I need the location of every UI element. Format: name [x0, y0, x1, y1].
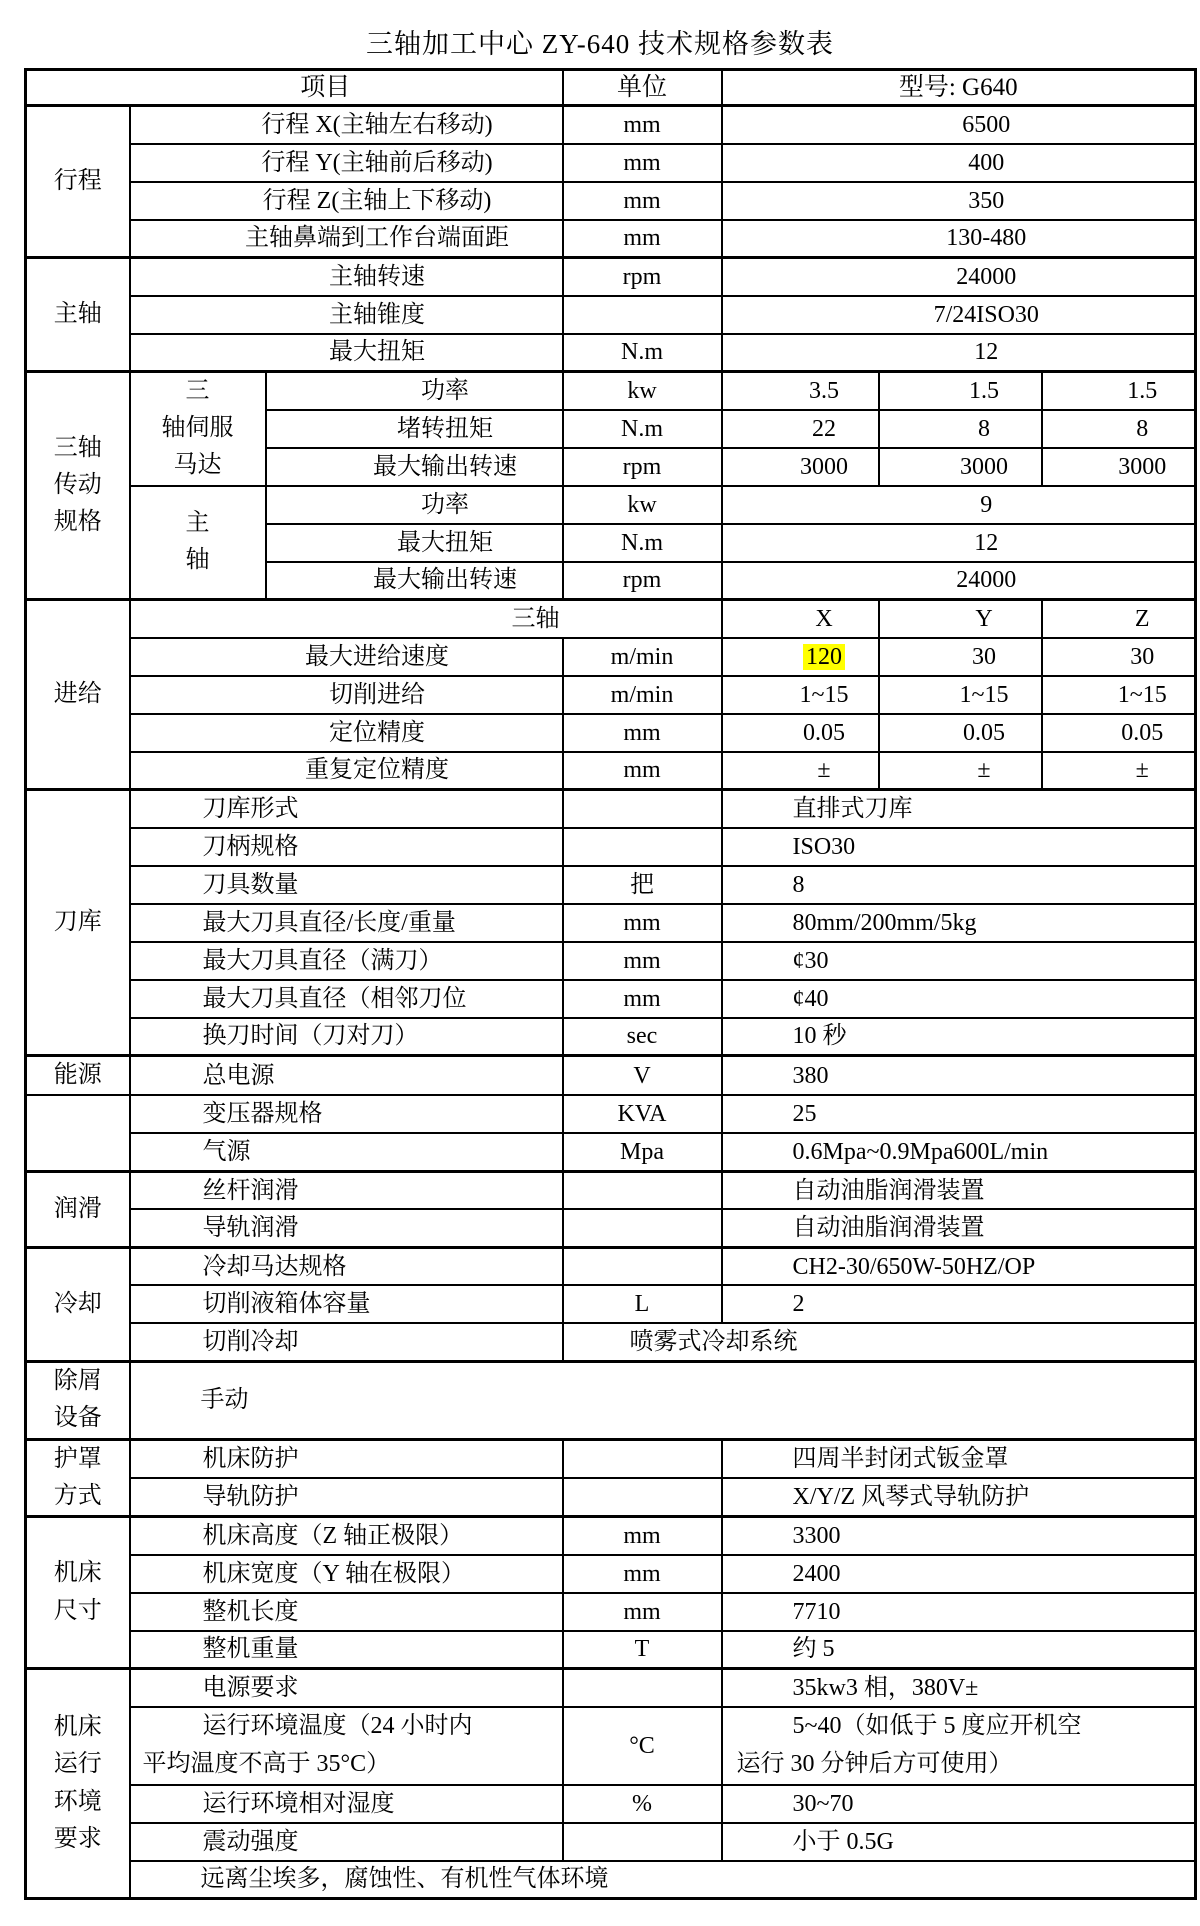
table-row: 行程行程 X(主轴左右移动)mm6500 [26, 106, 1196, 144]
table-row: 运行环境温度（24 小时内平均温度不高于 35°C）°C5~40（如低于 5 度… [26, 1707, 1196, 1785]
cell-item: 切削冷却 [130, 1323, 563, 1361]
cell-unit: kw [563, 372, 722, 410]
document-page: 三轴加工中心 ZY-640 技术规格参数表 项目 单位 型号: G640 行程行… [0, 0, 1200, 1900]
cell-value: 30 [1042, 638, 1196, 676]
section-label: 进给 [26, 600, 130, 790]
cell-item: 刀具数量 [130, 866, 563, 904]
section-label: 三轴传动规格 [26, 372, 130, 600]
cell-item: 导轨润滑 [130, 1209, 563, 1247]
cell-item: 运行环境温度（24 小时内平均温度不高于 35°C） [130, 1707, 563, 1785]
cell-value: 22 [722, 410, 879, 448]
header-unit: 单位 [563, 70, 722, 106]
cell-item: 定位精度 [130, 714, 563, 752]
table-row: 导轨润滑自动油脂润滑装置 [26, 1209, 1196, 1247]
cell-value: 0.05 [722, 714, 879, 752]
cell-unit: N.m [563, 334, 722, 372]
table-row: 主轴鼻端到工作台端面距mm130-480 [26, 220, 1196, 258]
cell-value: 9 [722, 486, 1196, 524]
section-label: 机床尺寸 [26, 1517, 130, 1669]
cell-value: 0.05 [879, 714, 1042, 752]
cell-value: 25 [722, 1095, 1196, 1133]
cell-value: CH2-30/650W-50HZ/OP [722, 1247, 1196, 1285]
cell-item: 行程 Y(主轴前后移动) [130, 144, 563, 182]
cell-value: ± [722, 752, 879, 790]
cell-item: 电源要求 [130, 1669, 563, 1707]
cell-item: 机床高度（Z 轴正极限） [130, 1517, 563, 1555]
cell-unit: mm [563, 220, 722, 258]
cell-value: 130-480 [722, 220, 1196, 258]
cell-value: 自动油脂润滑装置 [722, 1171, 1196, 1209]
cell-value: 7710 [722, 1593, 1196, 1631]
cell-item: 切削进给 [130, 676, 563, 714]
cell-item: 堵转扭矩 [266, 410, 563, 448]
table-row: 切削进给m/min1~151~151~15 [26, 676, 1196, 714]
cell-item: 切削液箱体容量 [130, 1285, 563, 1323]
cell-value: 2400 [722, 1555, 1196, 1593]
cell-value: X/Y/Z 风琴式导轨防护 [722, 1478, 1196, 1517]
section-label [26, 1095, 130, 1171]
cell-value: 3000 [1042, 448, 1196, 486]
table-row: 变压器规格KVA25 [26, 1095, 1196, 1133]
table-row: 切削冷却喷雾式冷却系统 [26, 1323, 1196, 1361]
table-row: 能源总电源V380 [26, 1056, 1196, 1096]
cell-value: 1~15 [722, 676, 879, 714]
table-row: 除屑设备手动 [26, 1361, 1196, 1439]
cell-item: 功率 [266, 372, 563, 410]
cell-value: 0.05 [1042, 714, 1196, 752]
cell-value: 24000 [722, 258, 1196, 296]
cell-unit [563, 1171, 722, 1209]
table-row: 最大刀具直径（满刀）mm¢30 [26, 942, 1196, 980]
table-row: 最大扭矩N.m12 [26, 334, 1196, 372]
cell-unit: mm [563, 714, 722, 752]
cell-unit: mm [563, 980, 722, 1018]
cell-value: 远离尘埃多，腐蚀性、有机性气体环境 [130, 1861, 1196, 1899]
cell-unit: mm [563, 1593, 722, 1631]
cell-item: 运行环境相对湿度 [130, 1785, 563, 1823]
cell-value: 喷雾式冷却系统 [563, 1323, 1196, 1361]
table-row: 主轴主轴转速rpm24000 [26, 258, 1196, 296]
cell-value: 35kw3 相，380V± [722, 1669, 1196, 1707]
cell-item: 气源 [130, 1133, 563, 1171]
cell-value: 3300 [722, 1517, 1196, 1555]
cell-value: 120 [722, 638, 879, 676]
section-label: 主轴 [26, 258, 130, 372]
section-label: 除屑设备 [26, 1361, 130, 1439]
cell-item: 功率 [266, 486, 563, 524]
table-row: 导轨防护X/Y/Z 风琴式导轨防护 [26, 1478, 1196, 1517]
cell-item: 最大输出转速 [266, 448, 563, 486]
table-row: 三轴传动规格三轴伺服马达功率kw3.51.51.5 [26, 372, 1196, 410]
cell-value: 350 [722, 182, 1196, 220]
table-row: 进给三轴XYZ [26, 600, 1196, 638]
table-row: 换刀时间（刀对刀）sec10 秒 [26, 1018, 1196, 1056]
section-label: 能源 [26, 1056, 130, 1096]
cell-value: X [722, 600, 879, 638]
cell-item: 主轴锥度 [130, 296, 563, 334]
table-row: 刀具数量把8 [26, 866, 1196, 904]
subsection-label: 主轴 [130, 486, 266, 600]
cell-unit [563, 1478, 722, 1517]
spec-table: 项目 单位 型号: G640 行程行程 X(主轴左右移动)mm6500行程 Y(… [24, 68, 1197, 1900]
table-row: 最大进给速度m/min1203030 [26, 638, 1196, 676]
cell-unit [563, 790, 722, 828]
cell-value: 3.5 [722, 372, 879, 410]
cell-value: 直排式刀库 [722, 790, 1196, 828]
cell-value: 12 [722, 334, 1196, 372]
cell-item: 行程 Z(主轴上下移动) [130, 182, 563, 220]
cell-item: 导轨防护 [130, 1478, 563, 1517]
section-label: 行程 [26, 106, 130, 258]
cell-value: 1.5 [1042, 372, 1196, 410]
cell-value: 3000 [879, 448, 1042, 486]
cell-value: 手动 [130, 1361, 1196, 1439]
cell-unit: kw [563, 486, 722, 524]
cell-value: 10 秒 [722, 1018, 1196, 1056]
cell-unit: Mpa [563, 1133, 722, 1171]
cell-value: 380 [722, 1056, 1196, 1096]
cell-value: 小于 0.5G [722, 1823, 1196, 1861]
cell-item: 三轴 [130, 600, 722, 638]
cell-unit: mm [563, 1517, 722, 1555]
cell-value: 30 [879, 638, 1042, 676]
cell-value: ¢30 [722, 942, 1196, 980]
cell-item: 换刀时间（刀对刀） [130, 1018, 563, 1056]
cell-unit: % [563, 1785, 722, 1823]
cell-value: 0.6Mpa~0.9Mpa600L/min [722, 1133, 1196, 1171]
cell-item: 刀库形式 [130, 790, 563, 828]
cell-value: 四周半封闭式钣金罩 [722, 1439, 1196, 1478]
cell-value: 约 5 [722, 1631, 1196, 1669]
cell-value: 7/24ISO30 [722, 296, 1196, 334]
section-label: 冷却 [26, 1247, 130, 1361]
spec-table-body: 项目 单位 型号: G640 行程行程 X(主轴左右移动)mm6500行程 Y(… [26, 70, 1196, 1899]
cell-unit [563, 1669, 722, 1707]
cell-value: 12 [722, 524, 1196, 562]
cell-value: 24000 [722, 562, 1196, 600]
cell-item: 冷却马达规格 [130, 1247, 563, 1285]
cell-unit: rpm [563, 448, 722, 486]
cell-unit [563, 1247, 722, 1285]
subsection-label: 三轴伺服马达 [130, 372, 266, 486]
table-row: 最大刀具直径（相邻刀位mm¢40 [26, 980, 1196, 1018]
cell-item: 最大扭矩 [266, 524, 563, 562]
table-row: 护罩方式机床防护四周半封闭式钣金罩 [26, 1439, 1196, 1478]
cell-item: 最大刀具直径/长度/重量 [130, 904, 563, 942]
cell-value: Y [879, 600, 1042, 638]
cell-unit: V [563, 1056, 722, 1096]
cell-item: 刀柄规格 [130, 828, 563, 866]
cell-item: 最大输出转速 [266, 562, 563, 600]
table-row: 机床宽度（Y 轴在极限）mm2400 [26, 1555, 1196, 1593]
cell-item: 最大扭矩 [130, 334, 563, 372]
cell-value: 1.5 [879, 372, 1042, 410]
table-row: 主轴功率kw9 [26, 486, 1196, 524]
table-row: 冷却冷却马达规格CH2-30/650W-50HZ/OP [26, 1247, 1196, 1285]
cell-unit [563, 1823, 722, 1861]
cell-unit: N.m [563, 410, 722, 448]
cell-value: 5~40（如低于 5 度应开机空运行 30 分钟后方可使用） [722, 1707, 1196, 1785]
cell-value: ± [879, 752, 1042, 790]
cell-item: 整机重量 [130, 1631, 563, 1669]
cell-item: 行程 X(主轴左右移动) [130, 106, 563, 144]
cell-item: 重复定位精度 [130, 752, 563, 790]
cell-unit [563, 1439, 722, 1478]
table-row: 最大刀具直径/长度/重量mm80mm/200mm/5kg [26, 904, 1196, 942]
cell-unit: mm [563, 942, 722, 980]
table-row: 整机重量T约 5 [26, 1631, 1196, 1669]
table-row: 刀库刀库形式直排式刀库 [26, 790, 1196, 828]
cell-value: Z [1042, 600, 1196, 638]
cell-value: 2 [722, 1285, 1196, 1323]
section-label: 刀库 [26, 790, 130, 1056]
cell-item: 最大进给速度 [130, 638, 563, 676]
cell-item: 丝杆润滑 [130, 1171, 563, 1209]
cell-item: 最大刀具直径（相邻刀位 [130, 980, 563, 1018]
cell-unit: rpm [563, 258, 722, 296]
cell-item: 变压器规格 [130, 1095, 563, 1133]
highlight: 120 [803, 644, 845, 670]
page-title: 三轴加工中心 ZY-640 技术规格参数表 [0, 26, 1200, 62]
cell-value: ± [1042, 752, 1196, 790]
cell-value: 1~15 [879, 676, 1042, 714]
cell-value: 1~15 [1042, 676, 1196, 714]
cell-unit: mm [563, 752, 722, 790]
header-item: 项目 [26, 70, 563, 106]
cell-value: 30~70 [722, 1785, 1196, 1823]
cell-unit: mm [563, 106, 722, 144]
table-row: 切削液箱体容量L2 [26, 1285, 1196, 1323]
table-row: 运行环境相对湿度%30~70 [26, 1785, 1196, 1823]
cell-value: 8 [879, 410, 1042, 448]
cell-value: 自动油脂润滑装置 [722, 1209, 1196, 1247]
cell-unit: 把 [563, 866, 722, 904]
cell-unit: m/min [563, 638, 722, 676]
cell-unit: mm [563, 1555, 722, 1593]
table-row: 震动强度小于 0.5G [26, 1823, 1196, 1861]
table-row: 主轴锥度7/24ISO30 [26, 296, 1196, 334]
table-row: 气源Mpa0.6Mpa~0.9Mpa600L/min [26, 1133, 1196, 1171]
cell-item: 主轴鼻端到工作台端面距 [130, 220, 563, 258]
cell-unit: T [563, 1631, 722, 1669]
cell-value: 8 [1042, 410, 1196, 448]
cell-item: 机床宽度（Y 轴在极限） [130, 1555, 563, 1593]
cell-unit: N.m [563, 524, 722, 562]
cell-value: 80mm/200mm/5kg [722, 904, 1196, 942]
cell-unit: rpm [563, 562, 722, 600]
cell-unit: KVA [563, 1095, 722, 1133]
cell-value: 3000 [722, 448, 879, 486]
cell-value: 6500 [722, 106, 1196, 144]
table-row: 重复定位精度mm±±± [26, 752, 1196, 790]
cell-unit [563, 296, 722, 334]
header-model: 型号: G640 [722, 70, 1196, 106]
cell-value: ¢40 [722, 980, 1196, 1018]
cell-value: 8 [722, 866, 1196, 904]
cell-unit [563, 828, 722, 866]
cell-item: 总电源 [130, 1056, 563, 1096]
cell-unit: mm [563, 904, 722, 942]
section-label: 润滑 [26, 1171, 130, 1247]
cell-unit: sec [563, 1018, 722, 1056]
cell-unit: m/min [563, 676, 722, 714]
section-label: 机床运行环境要求 [26, 1669, 130, 1899]
cell-item: 机床防护 [130, 1439, 563, 1478]
cell-value: 400 [722, 144, 1196, 182]
table-row: 机床运行环境要求电源要求35kw3 相，380V± [26, 1669, 1196, 1707]
table-row: 润滑丝杆润滑自动油脂润滑装置 [26, 1171, 1196, 1209]
table-row: 行程 Y(主轴前后移动)mm400 [26, 144, 1196, 182]
cell-unit: °C [563, 1707, 722, 1785]
cell-unit: L [563, 1285, 722, 1323]
cell-unit: mm [563, 182, 722, 220]
section-label: 护罩方式 [26, 1439, 130, 1516]
cell-item: 最大刀具直径（满刀） [130, 942, 563, 980]
table-row: 刀柄规格ISO30 [26, 828, 1196, 866]
cell-item: 整机长度 [130, 1593, 563, 1631]
cell-value: ISO30 [722, 828, 1196, 866]
table-row: 机床尺寸机床高度（Z 轴正极限）mm3300 [26, 1517, 1196, 1555]
table-row: 远离尘埃多，腐蚀性、有机性气体环境 [26, 1861, 1196, 1899]
cell-item: 震动强度 [130, 1823, 563, 1861]
table-row: 定位精度mm0.050.050.05 [26, 714, 1196, 752]
table-row: 行程 Z(主轴上下移动)mm350 [26, 182, 1196, 220]
cell-unit [563, 1209, 722, 1247]
table-header-row: 项目 单位 型号: G640 [26, 70, 1196, 106]
cell-unit: mm [563, 144, 722, 182]
cell-item: 主轴转速 [130, 258, 563, 296]
table-row: 整机长度mm7710 [26, 1593, 1196, 1631]
